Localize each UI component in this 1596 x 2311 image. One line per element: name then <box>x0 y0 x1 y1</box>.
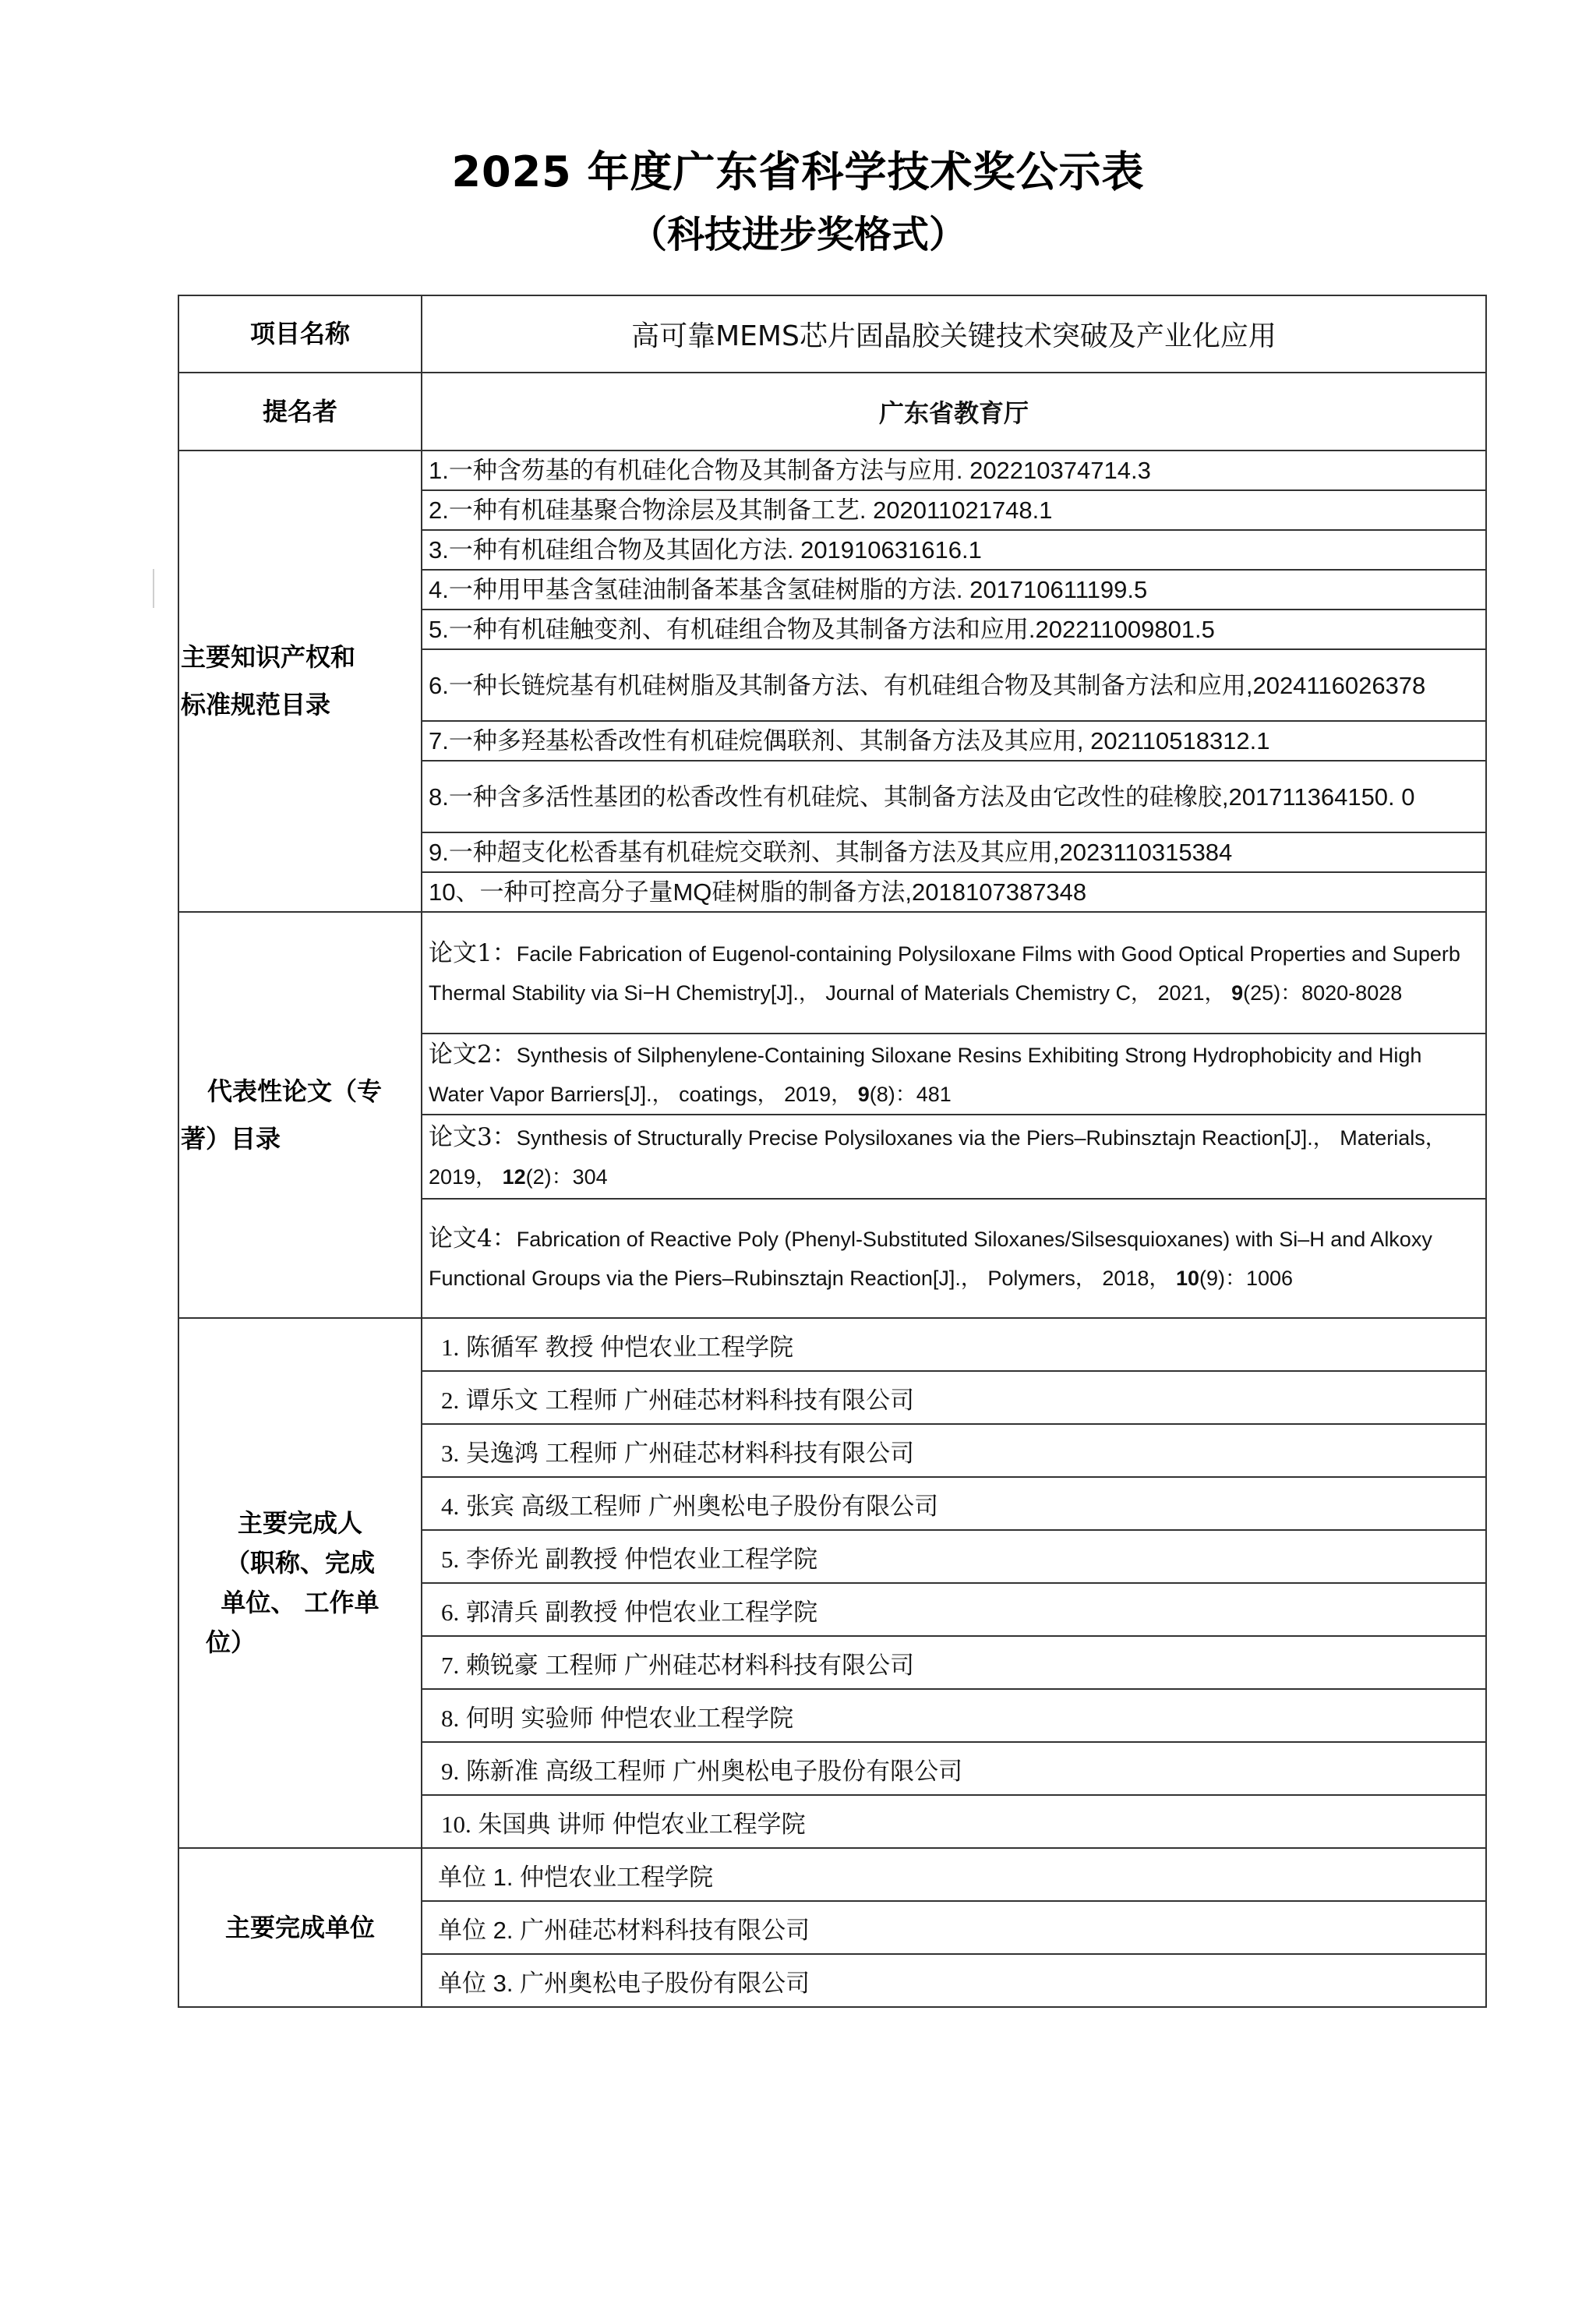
paper-lead: 论文1： <box>429 939 517 967</box>
completer-num: 3. <box>441 1440 459 1467</box>
completer-item: 4. 张宾 高级工程师 广州奥松电子股份有限公司 <box>422 1477 1486 1530</box>
completers-section-label: 主要完成人 （职称、完成 单位、 工作单 位） <box>178 1318 422 1848</box>
ip-item: 8.一种含多活性基团的松香改性有机硅烷、其制备方法及由它改性的硅橡胶,20171… <box>422 761 1486 832</box>
paper-volume: 9 <box>858 1083 870 1106</box>
completer-item: 3. 吴逸鸿 工程师 广州硅芯材料科技有限公司 <box>422 1424 1486 1477</box>
ip-label-line1: 主要知识产权和 <box>181 634 421 681</box>
completer-text: 张宾 高级工程师 广州奥松电子股份有限公司 <box>466 1493 938 1520</box>
paper-item: 论文4：Fabrication of Reactive Poly (Phenyl… <box>422 1199 1486 1318</box>
completer-text: 赖锐豪 工程师 广州硅芯材料科技有限公司 <box>466 1652 914 1679</box>
ip-item: 6.一种长链烷基有机硅树脂及其制备方法、有机硅组合物及其制备方法和应用,2024… <box>422 649 1486 721</box>
completer-item: 10. 朱国典 讲师 仲恺农业工程学院 <box>422 1795 1486 1848</box>
completer-text: 陈新准 高级工程师 广州奥松电子股份有限公司 <box>466 1758 962 1785</box>
units-section-label: 主要完成单位 <box>178 1848 422 2007</box>
paper-lead: 论文4： <box>429 1224 517 1253</box>
paper-lead: 论文3： <box>429 1123 517 1151</box>
ip-row: 主要知识产权和 标准规范目录 1.一种含芴基的有机硅化合物及其制备方法与应用. … <box>178 451 1486 490</box>
completer-text: 郭清兵 副教授 仲恺农业工程学院 <box>466 1599 817 1626</box>
completer-item: 1. 陈循军 教授 仲恺农业工程学院 <box>422 1318 1486 1371</box>
papers-label-line2: 著）目录 <box>181 1115 421 1163</box>
completer-text: 何明 实验师 仲恺农业工程学院 <box>466 1705 793 1732</box>
completer-num: 6. <box>441 1599 459 1626</box>
scan-artifact-line <box>153 569 154 608</box>
completer-item: 2. 谭乐文 工程师 广州硅芯材料科技有限公司 <box>422 1371 1486 1424</box>
completer-text: 陈循军 教授 仲恺农业工程学院 <box>466 1334 793 1361</box>
project-name-label: 项目名称 <box>178 295 422 373</box>
nominator-row: 提名者 广东省教育厅 <box>178 373 1486 451</box>
completer-num: 1. <box>441 1334 459 1361</box>
paper-pages: (9)：1006 <box>1199 1267 1293 1290</box>
paper-lead: 论文2： <box>429 1041 517 1069</box>
completer-text: 谭乐文 工程师 广州硅芯材料科技有限公司 <box>466 1387 914 1414</box>
paper-item: 论文1：Facile Fabrication of Eugenol-contai… <box>422 912 1486 1034</box>
completer-item: 9. 陈新准 高级工程师 广州奥松电子股份有限公司 <box>422 1742 1486 1795</box>
page-subtitle: （科技进步奖格式） <box>0 204 1596 258</box>
ip-item: 1.一种含芴基的有机硅化合物及其制备方法与应用. 202210374714.3 <box>422 451 1486 490</box>
completer-item: 8. 何明 实验师 仲恺农业工程学院 <box>422 1689 1486 1742</box>
completer-num: 4. <box>441 1493 459 1520</box>
ip-item: 3.一种有机硅组合物及其固化方法. 201910631616.1 <box>422 530 1486 570</box>
paper-pages: (2)：304 <box>526 1165 608 1189</box>
paper-pages: (25)：8020-8028 <box>1243 981 1402 1005</box>
completers-label-line3: 单位、 工作单 <box>179 1583 421 1623</box>
ip-item: 10、一种可控高分子量MQ硅树脂的制备方法,2018107387348 <box>422 872 1486 912</box>
completer-item: 7. 赖锐豪 工程师 广州硅芯材料科技有限公司 <box>422 1636 1486 1689</box>
completers-label-line2: （职称、完成 <box>179 1543 421 1583</box>
page-title: 2025 年度广东省科学技术奖公示表 <box>0 139 1596 199</box>
paper-volume: 10 <box>1176 1267 1199 1290</box>
ip-item: 5.一种有机硅触变剂、有机硅组合物及其制备方法和应用.202211009801.… <box>422 610 1486 649</box>
nominator-value: 广东省教育厅 <box>422 373 1486 451</box>
completers-label-line4: 位） <box>179 1623 421 1663</box>
paper-volume: 9 <box>1231 981 1243 1005</box>
completer-num: 5. <box>441 1546 459 1573</box>
project-name-value: 高可靠MEMS芯片固晶胶关键技术突破及产业化应用 <box>422 295 1486 373</box>
completer-text: 李侨光 副教授 仲恺农业工程学院 <box>466 1546 817 1573</box>
unit-row: 主要完成单位 单位 1. 仲恺农业工程学院 <box>178 1848 1486 1901</box>
papers-label-line1: 代表性论文（专 <box>181 1068 421 1115</box>
nominator-label: 提名者 <box>178 373 422 451</box>
completer-text: 吴逸鸿 工程师 广州硅芯材料科技有限公司 <box>466 1440 914 1467</box>
paper-row: 代表性论文（专 著）目录 论文1：Facile Fabrication of E… <box>178 912 1486 1034</box>
ip-item: 7.一种多羟基松香改性有机硅烷偶联剂、其制备方法及其应用, 2021105183… <box>422 721 1486 761</box>
project-name-row: 项目名称 高可靠MEMS芯片固晶胶关键技术突破及产业化应用 <box>178 295 1486 373</box>
ip-item: 2.一种有机硅基聚合物涂层及其制备工艺. 202011021748.1 <box>422 490 1486 530</box>
ip-label-line2: 标准规范目录 <box>181 681 421 729</box>
announcement-table: 项目名称 高可靠MEMS芯片固晶胶关键技术突破及产业化应用 提名者 广东省教育厅… <box>178 295 1487 2008</box>
completer-text: 朱国典 讲师 仲恺农业工程学院 <box>478 1811 805 1838</box>
completer-num: 2. <box>441 1387 459 1414</box>
ip-section-label: 主要知识产权和 标准规范目录 <box>178 451 422 912</box>
completer-num: 10. <box>441 1811 471 1838</box>
completers-label-line1: 主要完成人 <box>179 1504 421 1543</box>
papers-section-label: 代表性论文（专 著）目录 <box>178 912 422 1318</box>
unit-item: 单位 3. 广州奥松电子股份有限公司 <box>422 1954 1486 2007</box>
completer-item: 6. 郭清兵 副教授 仲恺农业工程学院 <box>422 1583 1486 1636</box>
unit-item: 单位 1. 仲恺农业工程学院 <box>422 1848 1486 1901</box>
completer-num: 7. <box>441 1652 459 1679</box>
completer-item: 5. 李侨光 副教授 仲恺农业工程学院 <box>422 1530 1486 1583</box>
ip-item: 4.一种用甲基含氢硅油制备苯基含氢硅树脂的方法. 201710611199.5 <box>422 570 1486 610</box>
paper-item: 论文2：Synthesis of Silphenylene-Containing… <box>422 1034 1486 1115</box>
paper-item: 论文3：Synthesis of Structurally Precise Po… <box>422 1115 1486 1199</box>
unit-item: 单位 2. 广州硅芯材料科技有限公司 <box>422 1901 1486 1954</box>
paper-pages: (8)：481 <box>870 1083 952 1106</box>
paper-volume: 12 <box>503 1165 526 1189</box>
completer-num: 8. <box>441 1705 459 1732</box>
completer-num: 9. <box>441 1758 459 1785</box>
completer-row: 主要完成人 （职称、完成 单位、 工作单 位） 1. 陈循军 教授 仲恺农业工程… <box>178 1318 1486 1371</box>
ip-item: 9.一种超支化松香基有机硅烷交联剂、其制备方法及其应用,202311031538… <box>422 832 1486 872</box>
